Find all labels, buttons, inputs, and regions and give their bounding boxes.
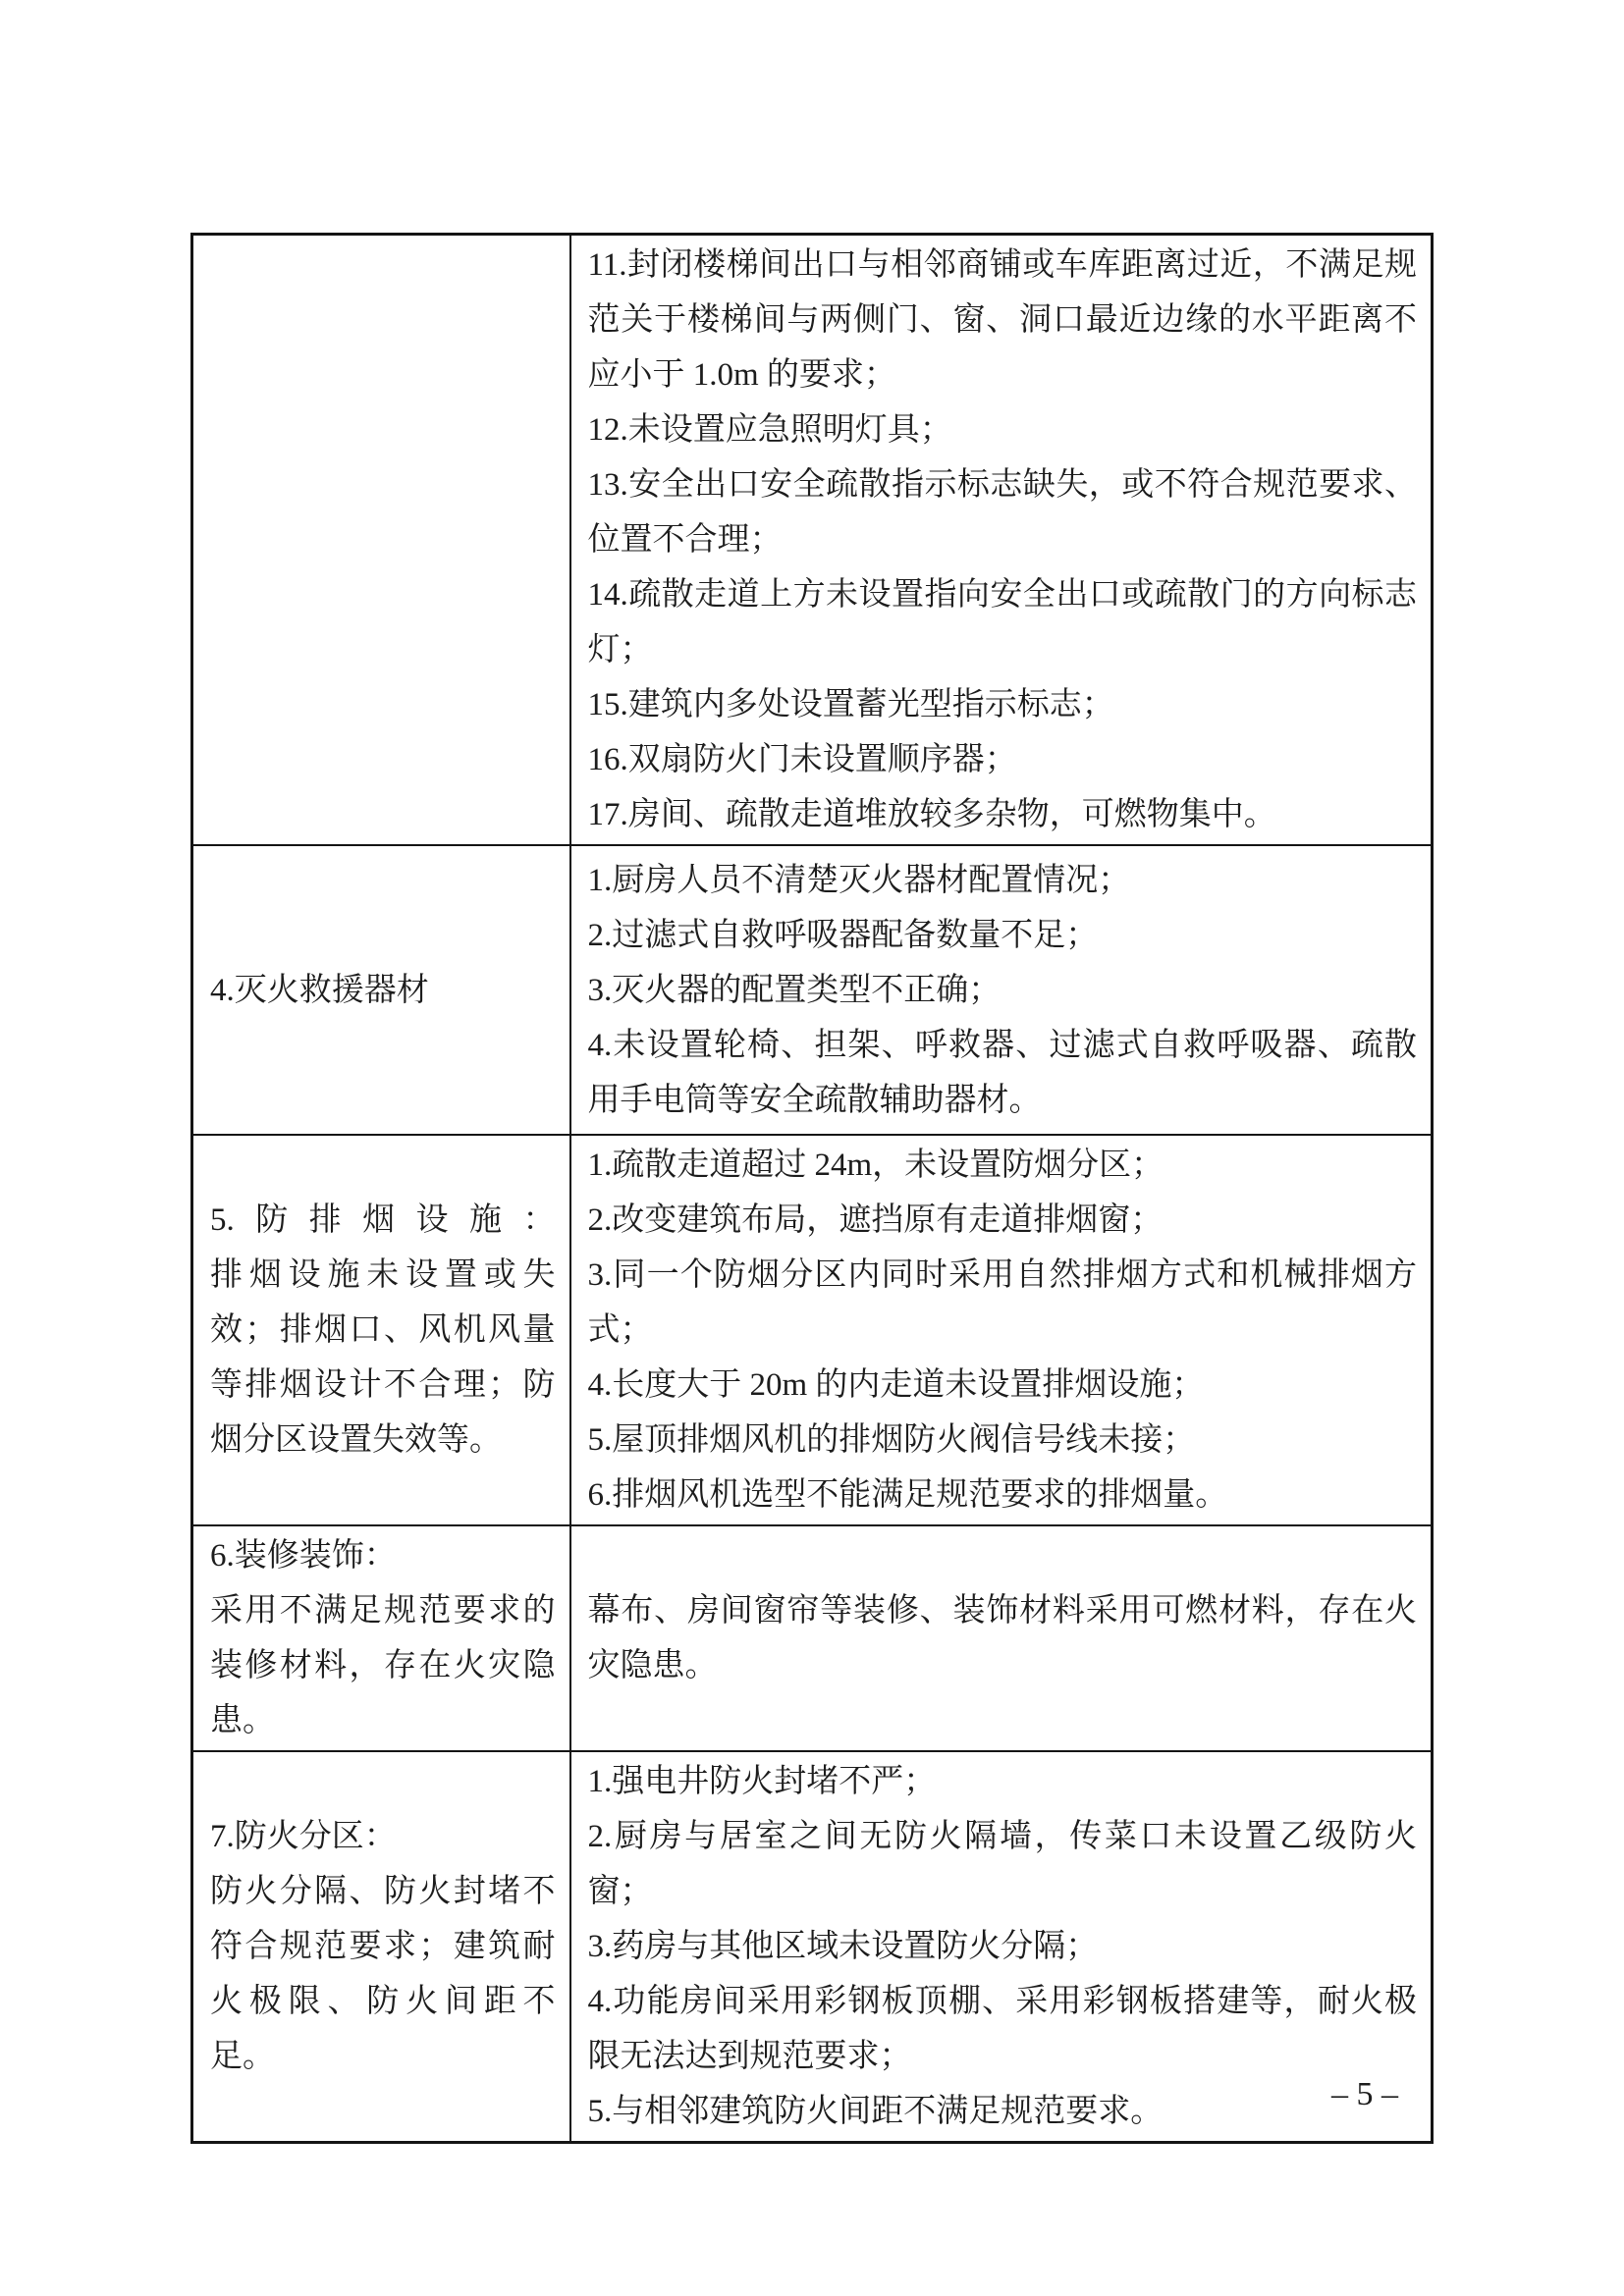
issues-cell: 1.强电井防火封堵不严；2.厨房与居室之间无防火隔墙，传菜口未设置乙级防火窗；3… — [570, 1751, 1433, 2143]
category-line: 排烟设施未设置或失效；排烟口、风机风量等排烟设计不合理；防烟分区设置失效等。 — [210, 1248, 556, 1468]
issue-item: 3.药房与其他区域未设置防火分隔； — [588, 1919, 1418, 1974]
issue-item: 14.疏散走道上方未设置指向安全出口或疏散门的方向标志灯； — [588, 567, 1418, 677]
issues-cell: 幕布、房间窗帘等装修、装饰材料采用可燃材料，存在火灾隐患。 — [570, 1525, 1433, 1751]
category-line: 6.装修装饰： — [210, 1528, 556, 1583]
issue-item: 4.功能房间采用彩钢板顶棚、采用彩钢板搭建等，耐火极限无法达到规范要求； — [588, 1974, 1418, 2084]
issue-item: 2.改变建筑布局，遮挡原有走道排烟窗； — [588, 1193, 1418, 1248]
issue-item: 17.房间、疏散走道堆放较多杂物，可燃物集中。 — [588, 787, 1418, 842]
issue-item: 4.未设置轮椅、担架、呼救器、过滤式自救呼吸器、疏散用手电筒等安全疏散辅助器材。 — [588, 1018, 1418, 1128]
issue-item: 3.灭火器的配置类型不正确； — [588, 963, 1418, 1018]
issue-item: 5.与相邻建筑防火间距不满足规范要求。 — [588, 2084, 1418, 2139]
issues-cell: 1.疏散走道超过 24m，未设置防烟分区；2.改变建筑布局，遮挡原有走道排烟窗；… — [570, 1135, 1433, 1525]
category-line: 5.防排烟设施： — [210, 1193, 556, 1248]
category-line: 4.灭火救援器材 — [210, 963, 556, 1018]
table-row-continued: 11.封闭楼梯间出口与相邻商铺或车库距离过近，不满足规范关于楼梯间与两侧门、窗、… — [192, 235, 1433, 846]
issue-item: 幕布、房间窗帘等装修、装饰材料采用可燃材料，存在火灾隐患。 — [588, 1583, 1418, 1693]
fire-hazard-table: 11.封闭楼梯间出口与相邻商铺或车库距离过近，不满足规范关于楼梯间与两侧门、窗、… — [190, 233, 1434, 2144]
category-line: 7.防火分区： — [210, 1809, 556, 1864]
table-row-firefighting-equipment: 4.灭火救援器材 1.厨房人员不清楚灭火器材配置情况；2.过滤式自救呼吸器配备数… — [192, 845, 1433, 1135]
issue-item: 1.厨房人员不清楚灭火器材配置情况； — [588, 853, 1418, 908]
category-cell: 5.防排烟设施：排烟设施未设置或失效；排烟口、风机风量等排烟设计不合理；防烟分区… — [192, 1135, 570, 1525]
issue-item: 1.强电井防火封堵不严； — [588, 1754, 1418, 1809]
issue-item: 2.过滤式自救呼吸器配备数量不足； — [588, 908, 1418, 963]
issue-item: 3.同一个防烟分区内同时采用自然排烟方式和机械排烟方式； — [588, 1248, 1418, 1358]
issue-item: 5.屋顶排烟风机的排烟防火阀信号线未接； — [588, 1413, 1418, 1468]
issue-item: 4.长度大于 20m 的内走道未设置排烟设施； — [588, 1358, 1418, 1413]
document-page: 11.封闭楼梯间出口与相邻商铺或车库距离过近，不满足规范关于楼梯间与两侧门、窗、… — [0, 0, 1624, 2296]
issue-item: 15.建筑内多处设置蓄光型指示标志； — [588, 677, 1418, 732]
issue-item: 1.疏散走道超过 24m，未设置防烟分区； — [588, 1138, 1418, 1193]
issue-item: 13.安全出口安全疏散指示标志缺失，或不符合规范要求、位置不合理； — [588, 457, 1418, 567]
page-number: – 5 – — [1316, 2073, 1414, 2116]
issue-item: 2.厨房与居室之间无防火隔墙，传菜口未设置乙级防火窗； — [588, 1809, 1418, 1919]
issue-item: 16.双扇防火门未设置顺序器； — [588, 732, 1418, 787]
issue-item: 11.封闭楼梯间出口与相邻商铺或车库距离过近，不满足规范关于楼梯间与两侧门、窗、… — [588, 238, 1418, 402]
category-line: 防火分隔、防火封堵不符合规范要求；建筑耐火极限、防火间距不足。 — [210, 1864, 556, 2084]
category-cell — [192, 235, 570, 846]
issue-item: 6.排烟风机选型不能满足规范要求的排烟量。 — [588, 1468, 1418, 1522]
table-row-fire-compartment: 7.防火分区：防火分隔、防火封堵不符合规范要求；建筑耐火极限、防火间距不足。 1… — [192, 1751, 1433, 2143]
category-cell: 6.装修装饰：采用不满足规范要求的装修材料，存在火灾隐患。 — [192, 1525, 570, 1751]
issues-cell: 11.封闭楼梯间出口与相邻商铺或车库距离过近，不满足规范关于楼梯间与两侧门、窗、… — [570, 235, 1433, 846]
category-line: 采用不满足规范要求的装修材料，存在火灾隐患。 — [210, 1583, 556, 1748]
table-row-smoke-control: 5.防排烟设施：排烟设施未设置或失效；排烟口、风机风量等排烟设计不合理；防烟分区… — [192, 1135, 1433, 1525]
category-cell: 7.防火分区：防火分隔、防火封堵不符合规范要求；建筑耐火极限、防火间距不足。 — [192, 1751, 570, 2143]
table-row-decoration: 6.装修装饰：采用不满足规范要求的装修材料，存在火灾隐患。 幕布、房间窗帘等装修… — [192, 1525, 1433, 1751]
issues-cell: 1.厨房人员不清楚灭火器材配置情况；2.过滤式自救呼吸器配备数量不足；3.灭火器… — [570, 845, 1433, 1135]
category-cell: 4.灭火救援器材 — [192, 845, 570, 1135]
issue-item: 12.未设置应急照明灯具； — [588, 402, 1418, 457]
